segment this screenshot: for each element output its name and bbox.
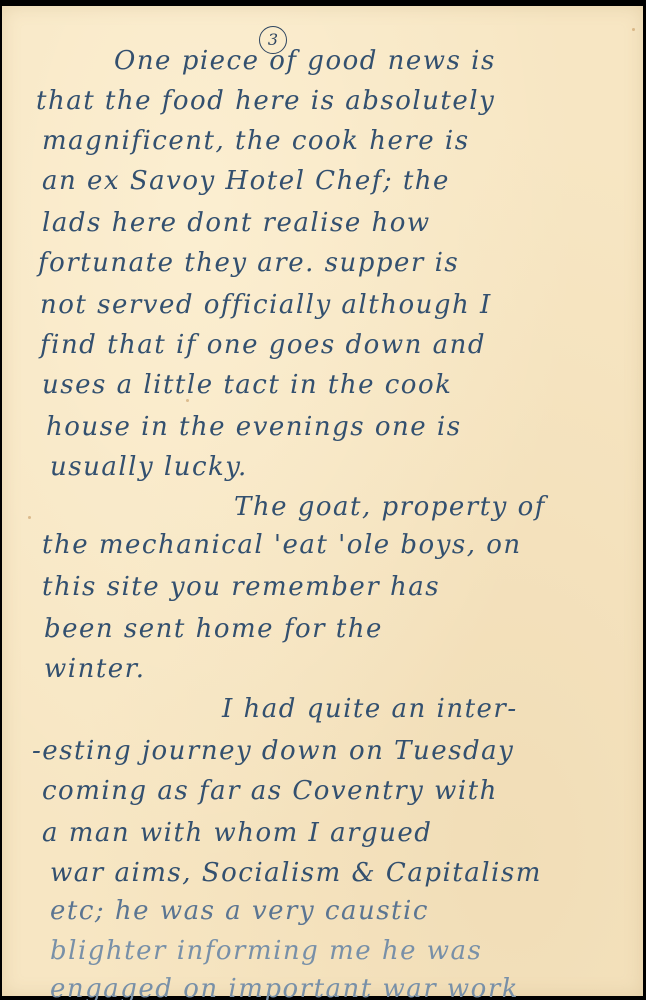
letter-line: winter. bbox=[44, 654, 146, 684]
letter-line: house in the evenings one is bbox=[46, 412, 462, 442]
letter-line: coming as far as Coventry with bbox=[42, 776, 498, 806]
letter-line: uses a little tact in the cook bbox=[42, 370, 452, 400]
letter-line: fortunate they are. supper is bbox=[38, 248, 459, 278]
letter-line: this site you remember has bbox=[42, 572, 440, 602]
letter-line: I had quite an inter- bbox=[222, 694, 518, 724]
letter-line: a man with whom I argued bbox=[42, 818, 432, 848]
letter-line: usually lucky. bbox=[50, 452, 248, 482]
letter-line: -esting journey down on Tuesday bbox=[32, 736, 514, 766]
letter-line: an ex Savoy Hotel Chef; the bbox=[42, 166, 450, 196]
letter-line: engaged on important war work bbox=[50, 974, 519, 1000]
letter-line: magnificent, the cook here is bbox=[42, 126, 470, 156]
paper-speck bbox=[28, 516, 31, 519]
letter-line: etc; he was a very caustic bbox=[50, 896, 429, 926]
letter-line: blighter informing me he was bbox=[50, 936, 482, 966]
letter-line: One piece of good news is bbox=[114, 46, 496, 76]
paper-speck bbox=[632, 28, 635, 31]
paper-speck bbox=[186, 399, 189, 402]
letter-line: The goat, property of bbox=[234, 492, 546, 522]
letter-line: that the food here is absolutely bbox=[36, 86, 495, 116]
letter-page: 3 One piece of good news is that the foo… bbox=[2, 6, 643, 996]
letter-line: lads here dont realise how bbox=[42, 208, 431, 238]
letter-line: war aims, Socialism & Capitalism bbox=[50, 858, 542, 888]
letter-line: find that if one goes down and bbox=[40, 330, 486, 360]
letter-line: been sent home for the bbox=[44, 614, 383, 644]
letter-line: the mechanical 'eat 'ole boys, on bbox=[42, 530, 522, 560]
letter-line: not served officially although I bbox=[40, 290, 492, 320]
